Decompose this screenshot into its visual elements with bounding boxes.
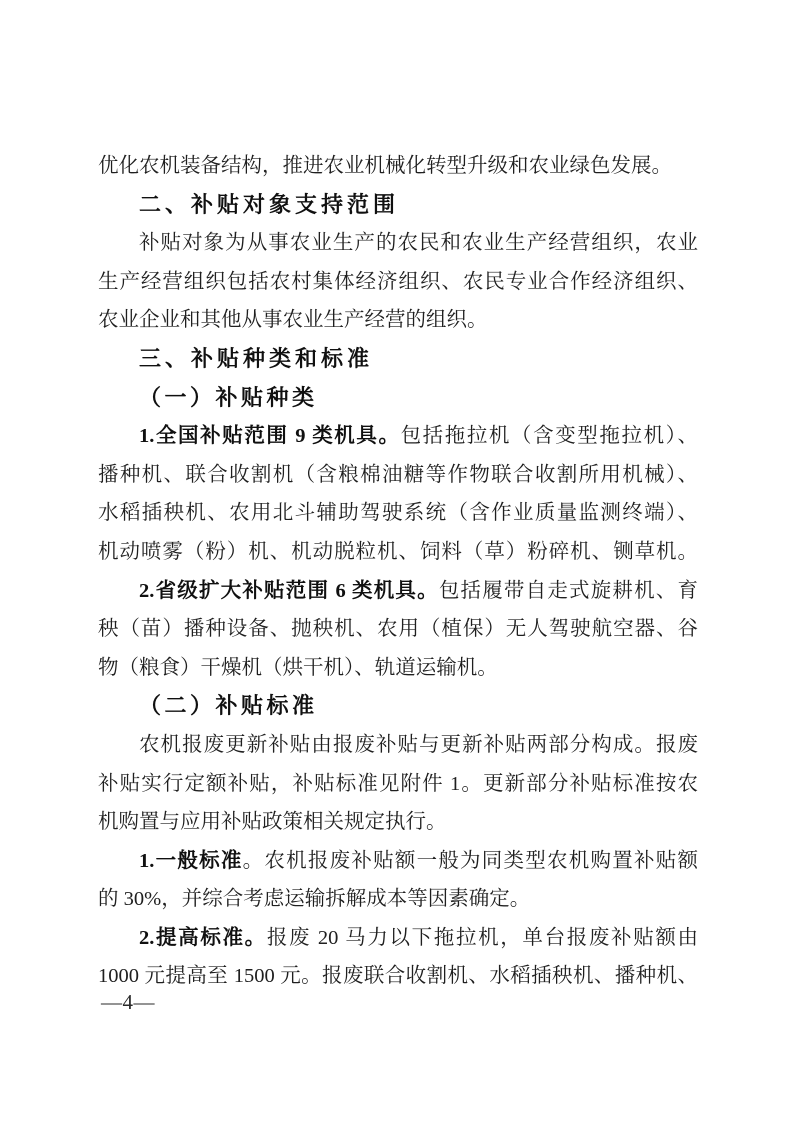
- text-segment: 补贴对象为从事农业生产的农民和农业生产经营组织，农业: [139, 232, 698, 254]
- section-heading: 二、补贴对象支持范围: [98, 186, 698, 225]
- bold-text-segment: 1.全国补贴范围 9 类机具。: [139, 425, 401, 447]
- bold-text-segment: 2.省级扩大补贴范围 6 类机具。: [139, 580, 439, 602]
- document-line: 播种机、联合收割机（含粮棉油糖等作物联合收割所用机械）、: [98, 456, 698, 495]
- document-line: 水稻插秧机、农用北斗辅助驾驶系统（含作业质量监测终端）、: [98, 494, 698, 533]
- document-line: 生产经营组织包括农村集体经济组织、农民专业合作经济组织、: [98, 263, 698, 302]
- text-segment: 物（粮食）干燥机（烘干机）、轨道运输机。: [98, 657, 498, 679]
- document-line: 机动喷雾（粉）机、机动脱粒机、饲料（草）粉碎机、铡草机。: [98, 533, 698, 572]
- document-line: 优化农机装备结构，推进农业机械化转型升级和农业绿色发展。: [98, 147, 698, 186]
- document-line: 补贴对象为从事农业生产的农民和农业生产经营组织，农业: [98, 224, 698, 263]
- text-segment: 播种机、联合收割机（含粮棉油糖等作物联合收割所用机械）、: [98, 464, 698, 486]
- document-line: 1.一般标准。农机报废补贴额一般为同类型农机购置补贴额: [98, 842, 698, 881]
- document-text-block: 优化农机装备结构，推进农业机械化转型升级和农业绿色发展。二、补贴对象支持范围补贴…: [98, 147, 698, 996]
- text-segment: 优化农机装备结构，推进农业机械化转型升级和农业绿色发展。: [98, 155, 672, 177]
- document-line: 2.省级扩大补贴范围 6 类机具。包括履带自走式旋耕机、育: [98, 572, 698, 611]
- text-segment: 机动喷雾（粉）机、机动脱粒机、饲料（草）粉碎机、铡草机。: [98, 541, 698, 563]
- bold-text-segment: 2.提高标准。: [139, 927, 267, 949]
- text-segment: 的 30%，并综合考虑运输拆解成本等因素确定。: [98, 888, 530, 910]
- document-line: 1.全国补贴范围 9 类机具。包括拖拉机（含变型拖拉机）、: [98, 417, 698, 456]
- section-heading: （二）补贴标准: [98, 687, 698, 726]
- document-page: 优化农机装备结构，推进农业机械化转型升级和农业绿色发展。二、补贴对象支持范围补贴…: [0, 0, 793, 1122]
- bold-text-segment: 1.一般标准: [139, 850, 243, 872]
- text-segment: 1000 元提高至 1500 元。报废联合收割机、水稻插秧机、播种机、: [98, 965, 698, 987]
- text-segment: 农机报废更新补贴由报废补贴与更新补贴两部分构成。报废: [139, 734, 698, 756]
- text-segment: 报废 20 马力以下拖拉机，单台报废补贴额由: [267, 927, 698, 949]
- section-heading: 三、补贴种类和标准: [98, 340, 698, 379]
- section-heading: （一）补贴种类: [98, 379, 698, 418]
- bold-text-segment: （一）补贴种类: [139, 385, 318, 410]
- text-segment: 补贴实行定额补贴，补贴标准见附件 1。更新部分补贴标准按农: [98, 773, 698, 795]
- page-number: —4—: [101, 990, 155, 1015]
- document-line: 补贴实行定额补贴，补贴标准见附件 1。更新部分补贴标准按农: [98, 765, 698, 804]
- text-segment: 农业企业和其他从事农业生产经营的组织。: [98, 309, 488, 331]
- document-line: 物（粮食）干燥机（烘干机）、轨道运输机。: [98, 649, 698, 688]
- document-line: 机购置与应用补贴政策相关规定执行。: [98, 803, 698, 842]
- bold-text-segment: 三、补贴种类和标准: [139, 346, 373, 371]
- text-segment: 包括拖拉机（含变型拖拉机）、: [401, 425, 698, 447]
- bold-text-segment: （二）补贴标准: [139, 693, 318, 718]
- text-segment: 。农机报废补贴额一般为同类型农机购置补贴额: [243, 850, 698, 872]
- document-line: 的 30%，并综合考虑运输拆解成本等因素确定。: [98, 880, 698, 919]
- bold-text-segment: 二、补贴对象支持范围: [139, 192, 399, 217]
- document-line: 农业企业和其他从事农业生产经营的组织。: [98, 301, 698, 340]
- document-line: 秧（苗）播种设备、抛秧机、农用（植保）无人驾驶航空器、谷: [98, 610, 698, 649]
- document-line: 2.提高标准。报废 20 马力以下拖拉机，单台报废补贴额由: [98, 919, 698, 958]
- text-segment: 包括履带自走式旋耕机、育: [439, 580, 698, 602]
- text-segment: 水稻插秧机、农用北斗辅助驾驶系统（含作业质量监测终端）、: [98, 502, 698, 524]
- text-segment: 机购置与应用补贴政策相关规定执行。: [98, 811, 447, 833]
- text-segment: 秧（苗）播种设备、抛秧机、农用（植保）无人驾驶航空器、谷: [98, 618, 698, 640]
- text-segment: 生产经营组织包括农村集体经济组织、农民专业合作经济组织、: [98, 271, 698, 293]
- document-line: 农机报废更新补贴由报废补贴与更新补贴两部分构成。报废: [98, 726, 698, 765]
- document-line: 1000 元提高至 1500 元。报废联合收割机、水稻插秧机、播种机、: [98, 957, 698, 996]
